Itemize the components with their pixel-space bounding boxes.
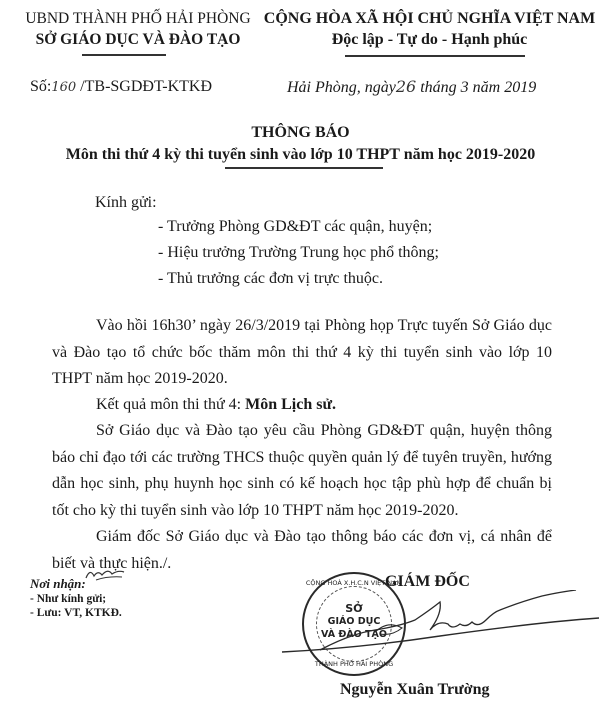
document-number-handwritten: 160	[51, 80, 76, 95]
document-number-suffix: /TB-SGDĐT-KTKĐ	[80, 78, 212, 95]
header-left-underline	[82, 54, 166, 56]
signature-icon	[280, 590, 601, 670]
national-motto: Độc lập - Tự do - Hạnh phúc	[258, 31, 601, 49]
recipients-label: Kính gửi:	[95, 190, 157, 217]
footer-recipient-item: - Lưu: VT, KTKĐ.	[30, 607, 122, 619]
footer-recipients-label: Nơi nhận:	[30, 576, 86, 592]
result-label: Kết quả môn thi thứ 4:	[96, 396, 245, 413]
footer-recipient-item: - Như kính gửi;	[30, 593, 106, 605]
signer-name: Nguyễn Xuân Trường	[340, 681, 489, 699]
date-suffix: tháng 3 năm 2019	[416, 79, 536, 96]
body-paragraph-meeting: Vào hồi 16h30’ ngày 26/3/2019 tại Phòng …	[52, 313, 552, 393]
notice-subheading: Môn thi thứ 4 kỳ thi tuyển sinh vào lớp …	[0, 146, 601, 164]
recipient-item: - Hiệu trưởng Trường Trung học phổ thông…	[158, 240, 439, 267]
recipient-item: - Thủ trưởng các đơn vị trực thuộc.	[158, 266, 383, 293]
signer-title: GIÁM ĐỐC	[385, 573, 470, 591]
date-prefix: Hải Phòng, ngày	[287, 79, 396, 96]
country-name: CỘNG HÒA XÃ HỘI CHỦ NGHĨA VIỆT NAM	[258, 10, 601, 28]
header-right-underline	[345, 55, 525, 57]
initials-scribble-icon	[84, 566, 126, 584]
document-date: Hải Phòng, ngày26 tháng 3 năm 2019	[287, 77, 536, 98]
body-paragraph-instruction: Sở Giáo dục và Đào tạo yêu cầu Phòng GD&…	[52, 418, 552, 524]
document-number-prefix: Số:	[30, 78, 51, 95]
body-paragraph-closing: Giám đốc Sở Giáo dục và Đào tạo thông bá…	[52, 524, 552, 577]
body-paragraph-result: Kết quả môn thi thứ 4: Môn Lịch sử.	[52, 392, 552, 419]
notice-heading: THÔNG BÁO	[0, 124, 601, 142]
document-number: Số:160 /TB-SGDĐT-KTKĐ	[30, 77, 212, 98]
issuer-department: SỞ GIÁO DỤC VÀ ĐÀO TẠO	[18, 31, 258, 49]
result-subject: Môn Lịch sử.	[245, 396, 336, 413]
issuer-authority: UBND THÀNH PHỐ HẢI PHÒNG	[18, 10, 258, 28]
date-day-handwritten: 26	[396, 77, 416, 96]
title-underline	[225, 167, 383, 169]
recipient-item: - Trưởng Phòng GD&ĐT các quận, huyện;	[158, 214, 432, 241]
